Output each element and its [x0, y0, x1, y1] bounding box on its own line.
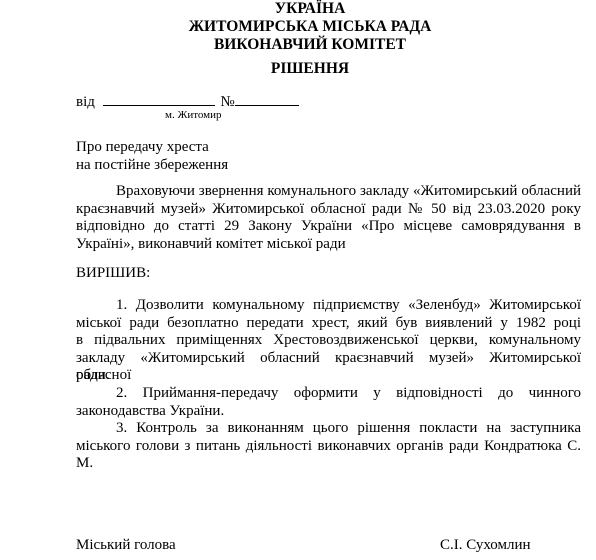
decision-item-1: 1. Дозволити комунальному підприємству «…: [76, 297, 581, 385]
country-heading: УКРАЇНА: [40, 0, 580, 18]
decision-item-3: 3. Контроль за виконанням цього рішення …: [76, 420, 581, 455]
committee-heading: ВИКОНАВЧИЙ КОМІТЕТ: [40, 36, 580, 54]
item-line: міського голови з питань діяльності вико…: [76, 438, 581, 456]
from-label: від: [76, 94, 95, 110]
preamble-line: Україні», виконавчий комітет міської рад…: [76, 236, 581, 254]
signature-name: С.І. Сухомлин: [440, 537, 531, 554]
subject: Про передачу хреста на постійне збережен…: [76, 138, 228, 174]
date-blank: [103, 92, 215, 106]
item-line: закладу «Житомирський обласний краєзнавч…: [76, 350, 581, 368]
preamble-line: Враховуючи звернення комунального заклад…: [76, 183, 581, 201]
item-line: 3. Контроль за виконанням цього рішення …: [76, 420, 581, 438]
signature-position: Міський голова: [76, 537, 176, 554]
preamble-line: краєзнавчий музей» Житомирської обласної…: [76, 201, 581, 219]
number-label: №: [220, 94, 234, 110]
decision-item-2: 2. Приймання-передачу оформити у відпові…: [76, 385, 581, 420]
item-line: міської ради безоплатно передати хрест, …: [76, 315, 581, 333]
item-line: ради.: [76, 367, 581, 385]
item-line: 1. Дозволити комунальному підприємству «…: [76, 297, 581, 315]
preamble-line: відповідно до статті 29 Закону України «…: [76, 218, 581, 236]
number-blank: [235, 92, 299, 106]
subject-line-1: Про передачу хреста: [76, 138, 228, 156]
item-line: в підвальних приміщеннях Хрестовоздвижен…: [76, 332, 581, 350]
city-label: м. Житомир: [165, 109, 222, 121]
item-line: 2. Приймання-передачу оформити у відпові…: [76, 385, 581, 403]
preamble-paragraph: Враховуючи звернення комунального заклад…: [76, 183, 581, 253]
council-heading: ЖИТОМИРСЬКА МІСЬКА РАДА: [40, 18, 580, 36]
decision-label: ВИРІШИВ:: [76, 265, 150, 282]
subject-line-2: на постійне збереження: [76, 156, 228, 174]
item-line: законодавства України.: [76, 403, 581, 421]
document-type-heading: РІШЕННЯ: [40, 60, 580, 78]
